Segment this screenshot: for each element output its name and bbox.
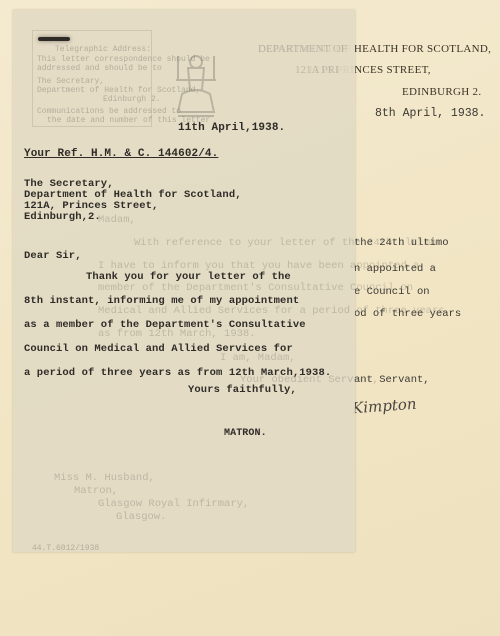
signature: Kimpton [351, 395, 417, 417]
salutation: Dear Sir, [24, 250, 82, 262]
ghost-addressee-2: Matron, [74, 485, 118, 497]
ghost-addressee-3: Glasgow Royal Infirmary, [98, 498, 249, 510]
ghost-instructions-box: Telegraphic Address: This letter corresp… [32, 30, 152, 127]
body-line-5: a period of three years as from 12th Mar… [24, 367, 331, 379]
ghost-stamp-line: Edinburgh 2. [103, 95, 161, 104]
ink-pen-mark [38, 37, 70, 41]
ghost-street: 121A PRI [295, 64, 339, 76]
ghost-body-line-3: member of the Department's Consultative … [98, 282, 413, 294]
back-letter-date: 8th April, 1938. [375, 107, 485, 120]
ghost-salutation: Madam, [98, 214, 136, 226]
body-line-3: as a member of the Department's Consulta… [24, 319, 306, 331]
ghost-body-line-1: With reference to your letter of the 24t… [134, 237, 436, 249]
royal-crest-icon [172, 50, 220, 122]
closing: Yours faithfully, [188, 384, 297, 396]
ghost-stamp-line: Telegraphic Address: [55, 45, 151, 54]
body-line-1: Thank you for your letter of the [86, 271, 291, 283]
ghost-letterhead: DEPARTMENT OF [258, 43, 347, 55]
reference-line: Your Ref. H.M. & C. 144602/4. [24, 148, 218, 160]
ghost-stamp-line: Communications be addressed to [37, 107, 181, 116]
recipient-line-4: Edinburgh,2. [24, 211, 101, 223]
ghost-addressee-1: Miss M. Husband, [54, 472, 155, 484]
body-line-2: 8th instant, informing me of my appointm… [24, 295, 299, 307]
ghost-stamp-line: The Secretary, [37, 77, 104, 86]
signoff-matron: MATRON. [224, 428, 267, 439]
body-line-4: Council on Medical and Allied Services f… [24, 343, 293, 355]
ghost-addressee-4: Glasgow. [116, 511, 166, 523]
letterhead-city: EDINBURGH 2. [402, 86, 481, 98]
ghost-footer-code: 44.T.6012/1938 [32, 544, 99, 553]
ghost-stamp-line: addressed and should be to [37, 64, 162, 73]
carbon-date: 11th April,1938. [178, 122, 285, 134]
